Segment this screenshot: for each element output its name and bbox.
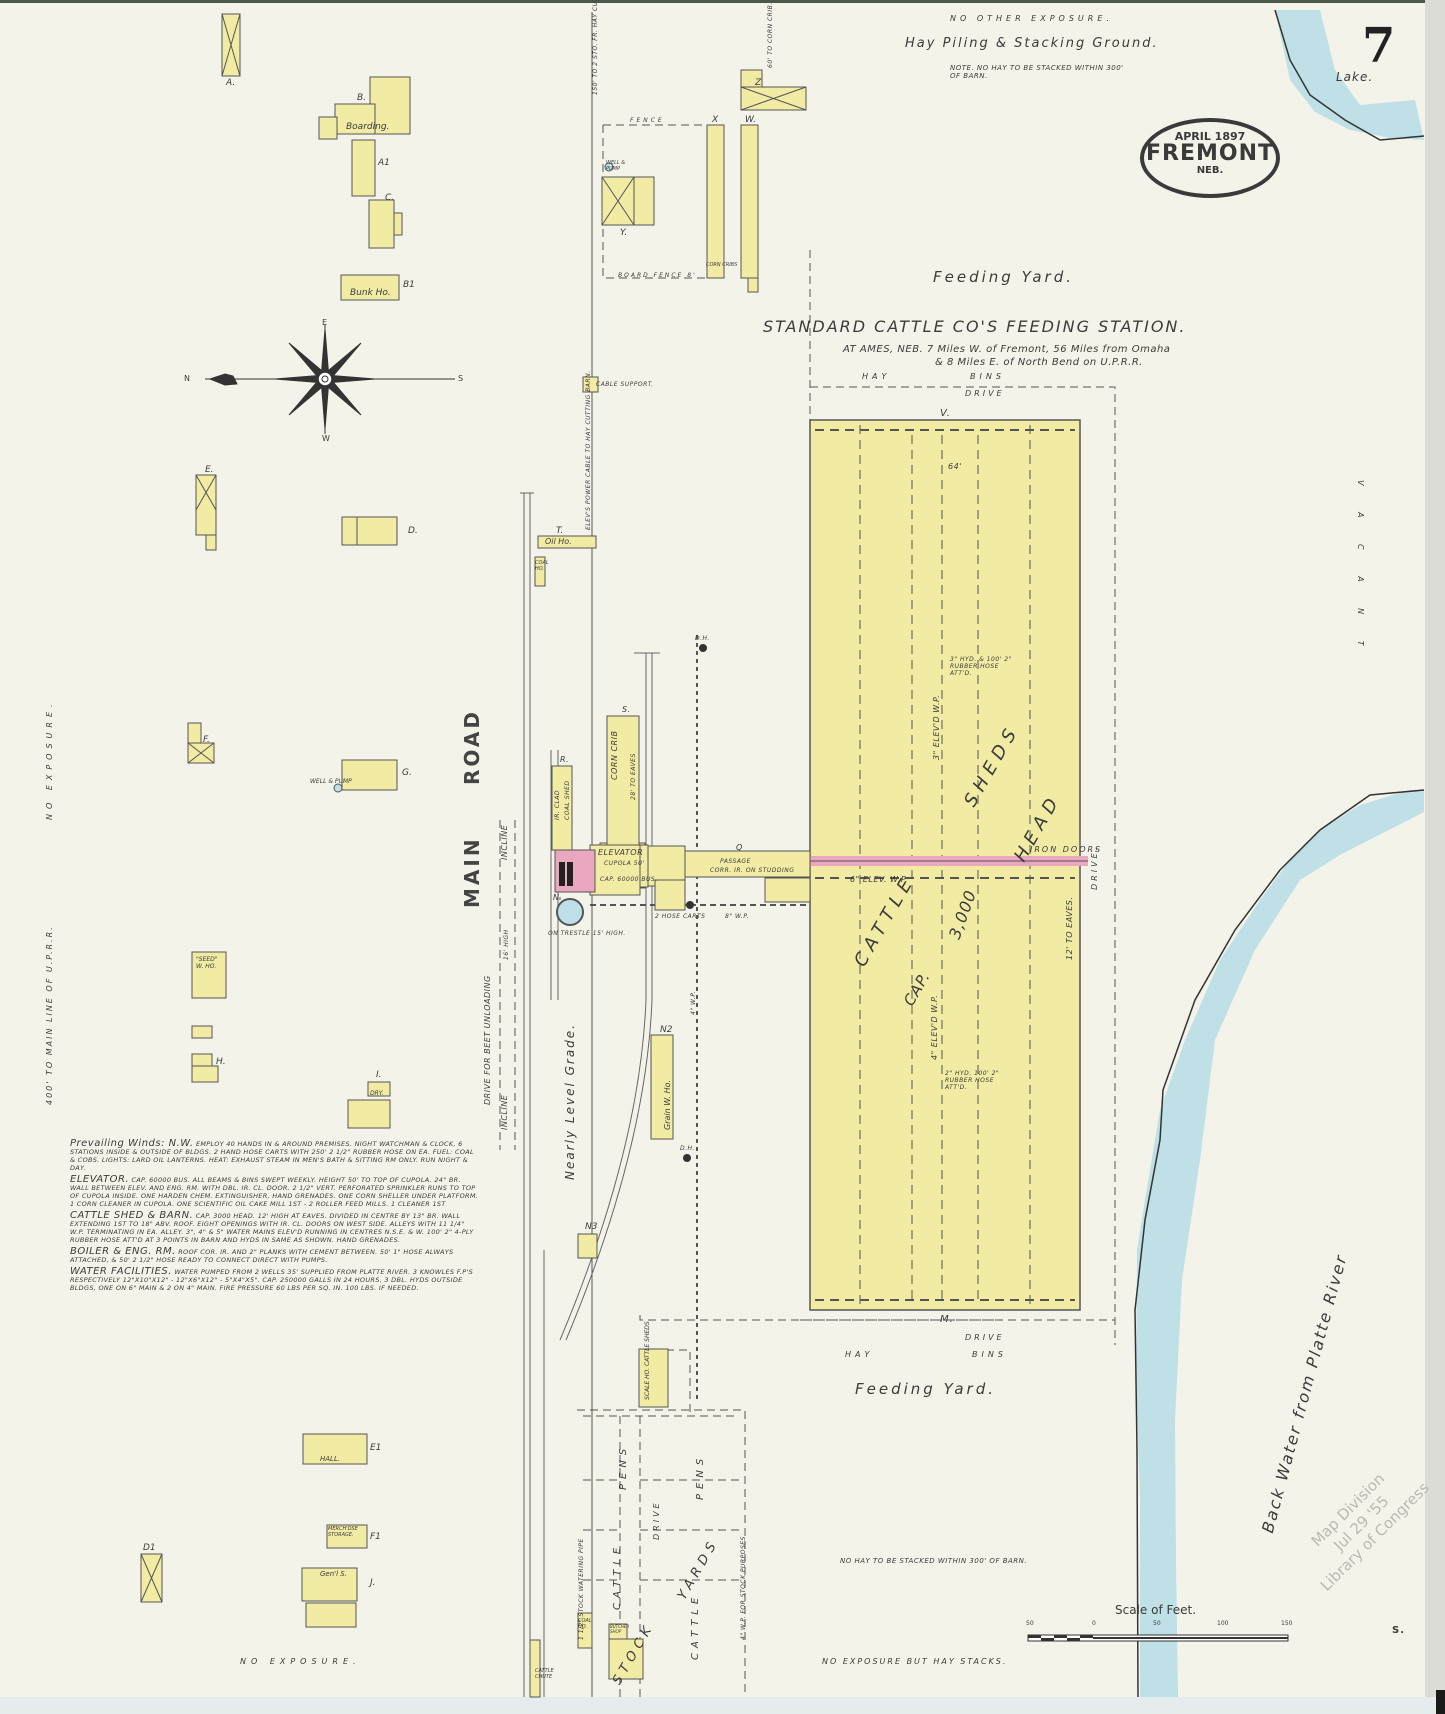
elevator-cap-label: CAP. 60000 BUS. xyxy=(600,876,658,883)
building-n2-label: N2 xyxy=(660,1025,672,1035)
general-store-label: Gen'l S. xyxy=(320,1570,347,1578)
building-e-label: E. xyxy=(205,465,214,475)
shed-letter-m: M. xyxy=(940,1314,954,1325)
boarding-label: Boarding. xyxy=(346,122,389,132)
fence-label: FENCE xyxy=(630,117,665,124)
wp-6-label: 6" ELEV. W.P. xyxy=(850,875,908,884)
incline-label: INCLINE xyxy=(500,1095,509,1130)
well-pump-g-label: WELL & PUMP xyxy=(310,778,352,785)
note-elevator: ELEVATOR. CAP. 60000 BUS. ALL BEAMS & BI… xyxy=(70,1176,480,1208)
ir-clad-label: IR. CLAD xyxy=(554,790,561,820)
eaves-label: 12' TO EAVES. xyxy=(1065,897,1074,960)
building-d-label: D. xyxy=(408,526,418,536)
no-other-exposure-label: NO OTHER EXPOSURE. xyxy=(950,14,1113,23)
passage-label: PASSAGE xyxy=(720,858,751,865)
corn-cribs-label: CORN CRIBS xyxy=(706,262,737,268)
scale-tick-100: 100 xyxy=(1217,1620,1228,1627)
sheet-number: 7 xyxy=(1362,18,1395,74)
elevator-label: ELEVATOR xyxy=(598,848,643,857)
height-64-label: 64' xyxy=(948,462,962,471)
scale-tick-50l: 50 xyxy=(1026,1620,1034,1627)
oil-house-label: Oil Ho. xyxy=(545,537,572,546)
wp-4-label: 4" ELEV'D W.P. xyxy=(930,995,939,1060)
dh-bottom-label: D.H. xyxy=(680,1145,695,1152)
building-t-label: T. xyxy=(556,526,563,536)
cattle-chute-label: CATTLE CHUTE xyxy=(535,1668,561,1680)
compass-north: N xyxy=(184,374,190,383)
building-e1-label: E1 xyxy=(370,1443,381,1453)
building-y-label: Y. xyxy=(620,228,627,238)
cattle-pens-left: CATTLE xyxy=(612,1543,623,1610)
compass-west: W xyxy=(322,434,330,443)
coal-shed-label: COAL SHED xyxy=(564,781,571,821)
no-exposure-hay-stacks-label: NO EXPOSURE BUT HAY STACKS. xyxy=(822,1657,1007,1666)
building-d1-label: D1 xyxy=(143,1543,156,1553)
scale-tick-0: 0 xyxy=(1092,1620,1096,1627)
wp-4-mid-label: 4" W.P. xyxy=(690,991,697,1015)
hay-cutting-label: 150' TO 2 STO. FR. HAY CUTTING HO. xyxy=(592,0,599,95)
compass-south: S xyxy=(458,374,464,383)
dry-label: DRY. xyxy=(370,1090,384,1097)
vacant-label: V A C A N T xyxy=(1356,480,1365,658)
backwater-river xyxy=(1136,790,1424,1697)
building-g-label: G. xyxy=(402,768,412,778)
publisher-mark: S. xyxy=(1392,1625,1405,1636)
building-i-label: I. xyxy=(376,1070,382,1080)
note-hay-label: NOTE. NO HAY TO BE STACKED WITHIN 300' O… xyxy=(950,64,1130,80)
cable-support-label: CABLE SUPPORT. xyxy=(596,381,654,388)
passage-sub-label: CORR. IR. ON STUDDING xyxy=(710,867,794,874)
city-seal: APRIL 1897 FREMONT NEB. xyxy=(1140,118,1280,198)
coal-house-label: COAL HO. xyxy=(535,560,547,572)
power-cable-label: ELEV'S POWER CABLE TO HAY CUTTING BARN. xyxy=(585,371,592,530)
hay-piling-label: Hay Piling & Stacking Ground. xyxy=(905,36,1159,51)
scale-bar xyxy=(1028,1635,1288,1641)
no-hay-bottom-label: NO HAY TO BE STACKED WITHIN 300' OF BARN… xyxy=(840,1557,1027,1565)
insurance-notes: Prevailing Winds: N.W. EMPLOY 40 HANDS I… xyxy=(70,1140,480,1296)
corn-crib-letter: S. xyxy=(622,705,631,714)
seal-city: FREMONT xyxy=(1144,143,1276,165)
feeding-yard-top-label: Feeding Yard. xyxy=(933,268,1074,286)
passage-letter: Q xyxy=(736,843,743,852)
bins-label: BINS xyxy=(970,372,1005,381)
note-boiler: BOILER & ENG. RM. ROOF COR. IR. AND 2" P… xyxy=(70,1248,480,1264)
building-r-letter: R. xyxy=(560,755,569,764)
steel-tank xyxy=(557,899,583,925)
scale-title: Scale of Feet. xyxy=(1115,1603,1196,1617)
building-a-label: A. xyxy=(226,78,235,88)
station-title: STANDARD CATTLE CO'S FEEDING STATION. xyxy=(763,317,1186,336)
building-f1-label: F1 xyxy=(370,1532,381,1542)
building-a1-label: A1 xyxy=(378,158,390,168)
note-general: Prevailing Winds: N.W. EMPLOY 40 HANDS I… xyxy=(70,1140,480,1172)
cattle-pens-right: CATTLE xyxy=(690,1593,701,1660)
grain-warehouse-label: Grain W. Ho. xyxy=(663,1080,672,1130)
coal-house-2-label: COAL HO. xyxy=(578,1618,590,1630)
incline-top-label: INCLINE xyxy=(500,825,509,860)
merchandise-storage-label: MERCH'DSE STORAGE. xyxy=(328,1526,368,1538)
height-16-label: 16' HIGH xyxy=(503,929,510,960)
seal-state: NEB. xyxy=(1144,165,1276,176)
bins-bottom-label: BINS xyxy=(972,1350,1007,1359)
building-b-label: B. xyxy=(357,93,366,103)
cupola-label: CUPOLA 50' xyxy=(604,860,645,867)
pens-left: PENS xyxy=(618,1444,629,1490)
hall-label: HALL. xyxy=(320,1455,340,1463)
dh-top-label: D.H. xyxy=(695,635,710,642)
drive-bottom-label: DRIVE xyxy=(965,1333,1005,1342)
scale-tick-50: 50 xyxy=(1153,1620,1161,1627)
hydrant-2-label: 2" HYD. 100' 2" RUBBER HOSE ATT'D. xyxy=(945,1070,1015,1091)
lake-label: Lake. xyxy=(1336,70,1373,84)
main-road-label-road: ROAD xyxy=(460,709,484,785)
building-c-label: C. xyxy=(385,193,394,203)
no-exposure-left-label: NO EXPOSURE. xyxy=(45,699,54,820)
tank-sub-label: ON TRESTLE 15' HIGH. xyxy=(548,930,626,937)
board-fence-label: BOARD FENCE 8' xyxy=(618,272,697,279)
drive-stock: DRIVE xyxy=(652,1500,661,1540)
building-b1-label: B1 xyxy=(403,280,415,290)
hay-label: HAY xyxy=(862,372,890,381)
shed-letter-v: V. xyxy=(940,408,951,419)
z-corn-crib-label: 60' TO CORN CRIB. xyxy=(767,2,774,68)
wp-8-label: 8" W.P. xyxy=(725,913,749,920)
seed-warehouse-label: "SEED" W. HO. xyxy=(196,956,226,970)
stock-wp-label: 4" W.P. FOR STOCK PURPOSES xyxy=(740,1536,747,1640)
building-z-label: Z xyxy=(755,78,761,88)
note-water: WATER FACILITIES. WATER PUMPED FROM 2 WE… xyxy=(70,1268,480,1292)
hydrant-1-label: 3" HYD. & 100' 2" RUBBER HOSE ATT'D. xyxy=(950,656,1020,677)
wp-3-label: 3" ELEV'D W.P. xyxy=(932,695,941,760)
map-drawing xyxy=(0,0,1445,1714)
main-road-label-main: MAIN xyxy=(460,836,484,908)
main-line-label: 400' TO MAIN LINE OF U.P.R.R. xyxy=(45,925,54,1105)
station-subtitle-1: AT AMES, NEB. 7 Miles W. of Fremont, 56 … xyxy=(843,344,1170,355)
compass-east: E xyxy=(322,318,328,327)
bunk-house-label: Bunk Ho. xyxy=(350,288,391,298)
building-h-label: H. xyxy=(216,1057,226,1067)
elevator-letter-n: N xyxy=(553,893,559,902)
scale-house-label: SCALE HO. CATTLE SHEDS xyxy=(644,1321,651,1400)
no-exposure-bottom-label: NO EXPOSURE. xyxy=(240,1657,361,1666)
building-j-label: J. xyxy=(370,1578,376,1588)
corn-crib-label: CORN CRIB xyxy=(610,731,619,780)
well-pump-y-label: WELL & PUMP xyxy=(606,160,632,172)
scale-tick-150: 150 xyxy=(1281,1620,1292,1627)
feeding-yard-bottom-label: Feeding Yard. xyxy=(855,1380,996,1398)
drive-side-label: DRIVE. xyxy=(1090,845,1099,890)
building-x-label: X xyxy=(712,115,718,125)
crib-eaves-label: 28' TO EAVES xyxy=(630,753,637,800)
pens-right: PENS xyxy=(695,1454,706,1500)
hose-carts-label: 2 HOSE CARTS xyxy=(655,913,705,920)
drive-label: DRIVE xyxy=(965,389,1005,398)
compass-rose xyxy=(205,324,455,434)
note-cattle-shed: CATTLE SHED & BARN. CAP. 3000 HEAD. 12' … xyxy=(70,1212,480,1244)
nearly-level-grade-label: Nearly Level Grade. xyxy=(563,1023,577,1180)
building-n3-label: N3 xyxy=(585,1222,597,1232)
drive-beet-label: DRIVE FOR BEET UNLOADING xyxy=(483,975,492,1105)
hay-bottom-label: HAY xyxy=(845,1350,873,1359)
building-f-label: F. xyxy=(203,735,210,745)
butcher-shop-label: BUTCHER SHOP xyxy=(610,1624,628,1634)
building-w-label: W. xyxy=(745,115,756,125)
station-subtitle-2: & 8 Miles E. of North Bend on U.P.R.R. xyxy=(935,357,1143,368)
